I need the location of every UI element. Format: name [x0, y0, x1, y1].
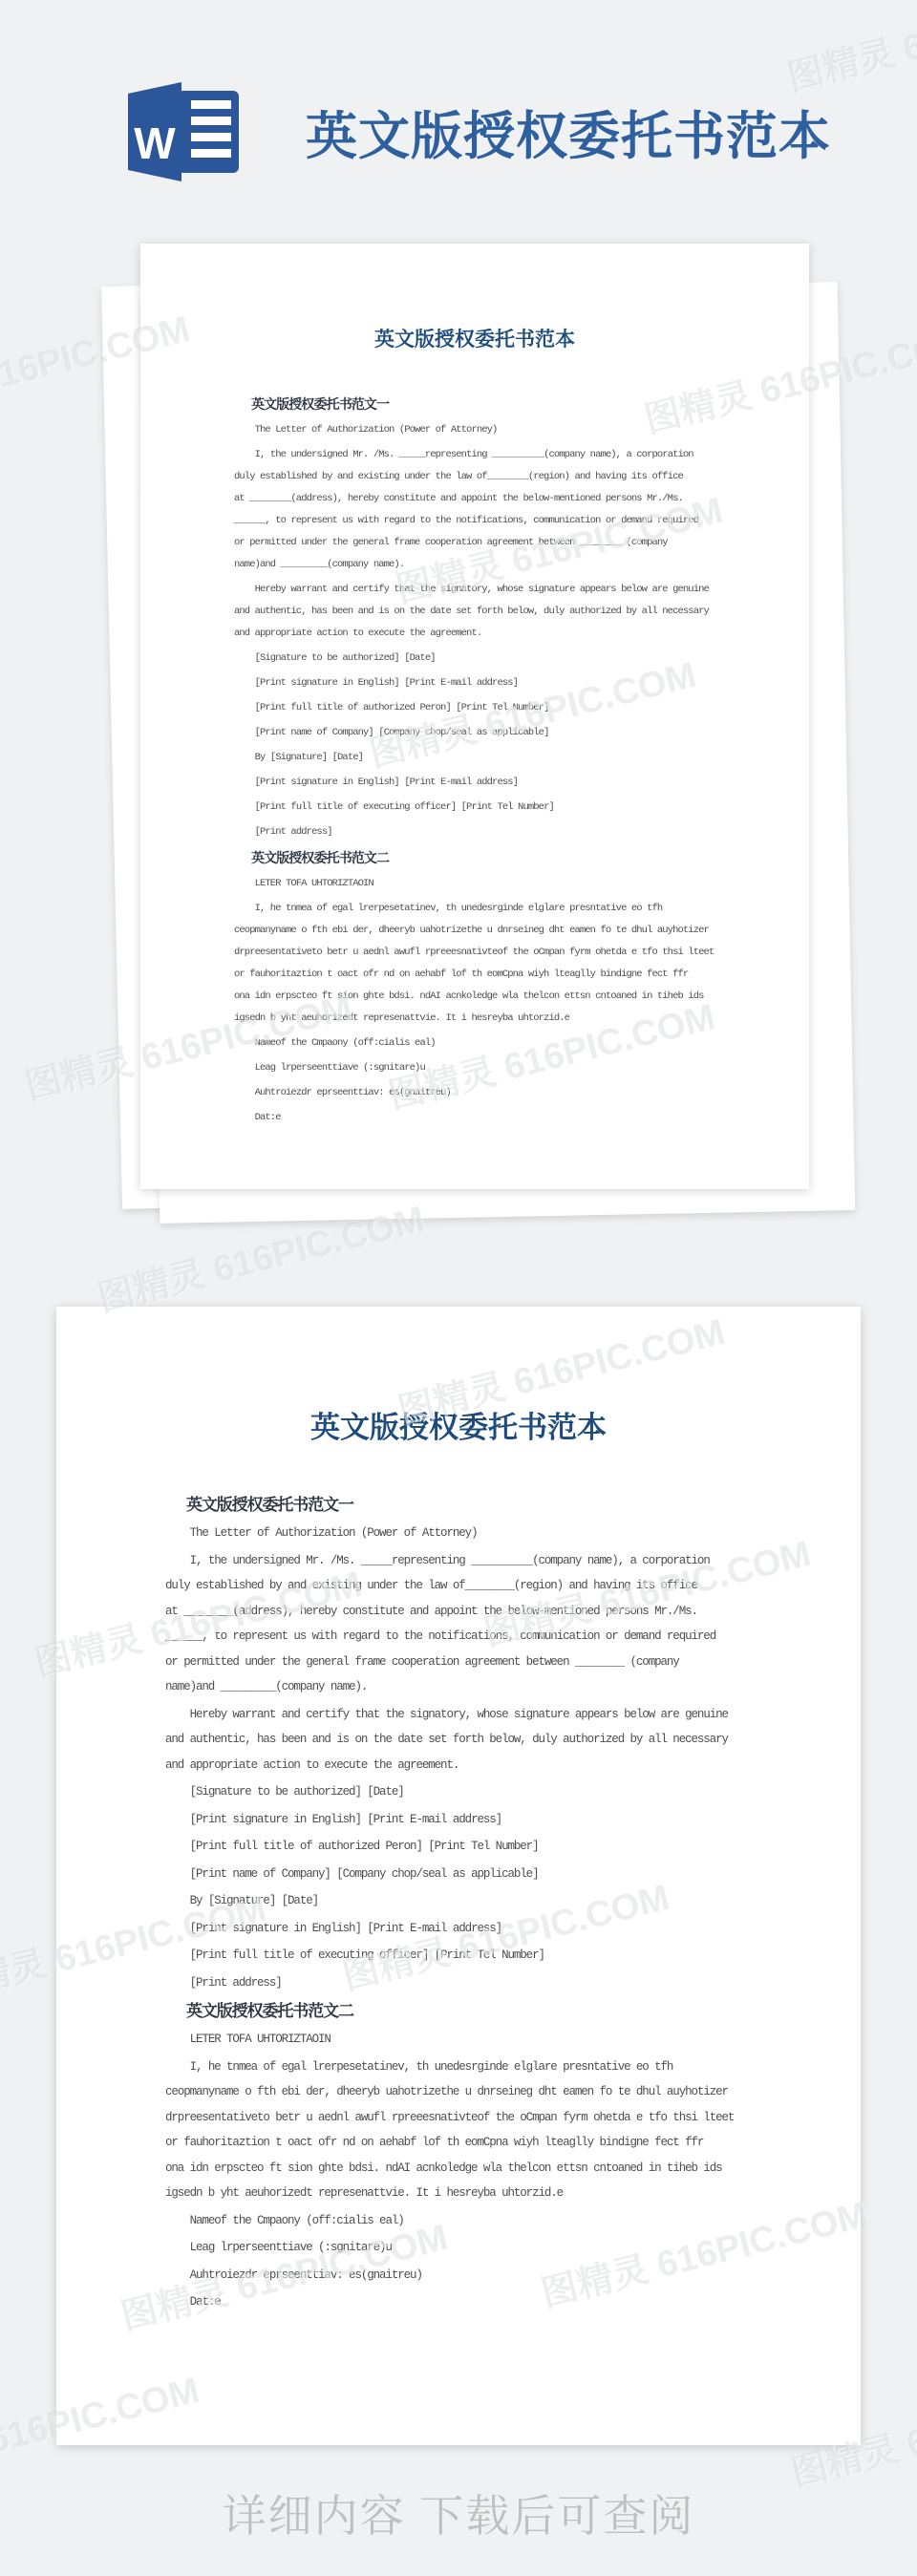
doc-paragraph: Hereby warrant and certify that the sign…: [234, 579, 715, 645]
doc-paragraph: The Letter of Authorization (Power of At…: [234, 419, 715, 441]
doc-paragraph: [Print full title of authorized Peron] […: [165, 1834, 752, 1860]
doc-paragraph: [Signature to be authorized] [Date]: [234, 648, 715, 670]
document-title: 英文版授权委托书范本: [234, 326, 715, 353]
doc-heading-2: 英文版授权委托书范文二: [234, 847, 715, 869]
doc-paragraph: I, the undersigned Mr. /Ms. _____represe…: [234, 444, 715, 576]
doc-heading-2: 英文版授权委托书范文二: [165, 1998, 752, 2024]
preview-page-1[interactable]: 英文版授权委托书范本 英文版授权委托书范文一 The Letter of Aut…: [140, 244, 809, 1189]
download-hint: 详细内容 下载后可查阅: [0, 2481, 917, 2544]
page-canvas: W 英文版授权委托书范本 英文版授权委托书范本 英文版授权委托书范文一 The …: [0, 0, 917, 2576]
doc-heading-1: 英文版授权委托书范文一: [165, 1492, 752, 1518]
doc-paragraph: [Print address]: [165, 1970, 752, 1996]
doc-paragraph: [Print name of Company] [Company chop/se…: [165, 1862, 752, 1887]
watermark: 图精灵 616PIC.COM: [781, 0, 917, 100]
word-icon: W: [122, 78, 245, 185]
doc-paragraph: [Print full title of executing officer] …: [165, 1943, 752, 1969]
page-title: 英文版授权委托书范本: [306, 96, 831, 169]
doc-paragraph: Nameof the Cmpaony (off:cialis eal): [165, 2208, 752, 2234]
doc-paragraph: The Letter of Authorization (Power of At…: [165, 1521, 752, 1546]
doc-paragraph: [Print name of Company] [Company chop/se…: [234, 722, 715, 744]
svg-text:W: W: [134, 118, 176, 168]
doc-paragraph: [Print full title of authorized Peron] […: [234, 697, 715, 719]
doc-paragraph: [Print address]: [234, 821, 715, 843]
doc-paragraph: Dat:e: [165, 2289, 752, 2315]
doc-paragraph: [Print signature in English] [Print E-ma…: [234, 772, 715, 794]
preview-page-2[interactable]: 英文版授权委托书范本 英文版授权委托书范文一 The Letter of Aut…: [56, 1307, 861, 2445]
doc-paragraph: [Signature to be authorized] [Date]: [165, 1779, 752, 1805]
doc-paragraph: LETER TOFA UHTORIZTAOIN: [165, 2027, 752, 2053]
doc-paragraph: I, he tnmea of egal lrerpesetatinev, th …: [234, 898, 715, 1030]
doc-paragraph: By [Signature] [Date]: [165, 1888, 752, 1914]
doc-paragraph: Hereby warrant and certify that the sign…: [165, 1702, 752, 1778]
doc-paragraph: Leag lrperseenttiave (:sgnitare)u: [165, 2235, 752, 2261]
document-title: 英文版授权委托书范本: [165, 1408, 752, 1448]
doc-paragraph: [Print signature in English] [Print E-ma…: [165, 1916, 752, 1942]
doc-paragraph: Auhtroiezdr eprseenttiav: es(gnaitreu): [234, 1082, 715, 1104]
doc-paragraph: LETER TOFA UHTORIZTAOIN: [234, 873, 715, 895]
doc-paragraph: By [Signature] [Date]: [234, 747, 715, 769]
doc-paragraph: Leag lrperseenttiave (:sgnitare)u: [234, 1057, 715, 1079]
doc-paragraph: Auhtroiezdr eprseenttiav: es(gnaitreu): [165, 2263, 752, 2289]
doc-paragraph: Nameof the Cmpaony (off:cialis eal): [234, 1033, 715, 1054]
doc-paragraph: [Print full title of executing officer] …: [234, 797, 715, 819]
doc-heading-1: 英文版授权委托书范文一: [234, 394, 715, 415]
doc-paragraph: I, he tnmea of egal lrerpesetatinev, th …: [165, 2054, 752, 2206]
doc-paragraph: I, the undersigned Mr. /Ms. _____represe…: [165, 1548, 752, 1700]
doc-paragraph: [Print signature in English] [Print E-ma…: [234, 672, 715, 694]
doc-paragraph: Dat:e: [234, 1107, 715, 1129]
doc-paragraph: [Print signature in English] [Print E-ma…: [165, 1807, 752, 1833]
